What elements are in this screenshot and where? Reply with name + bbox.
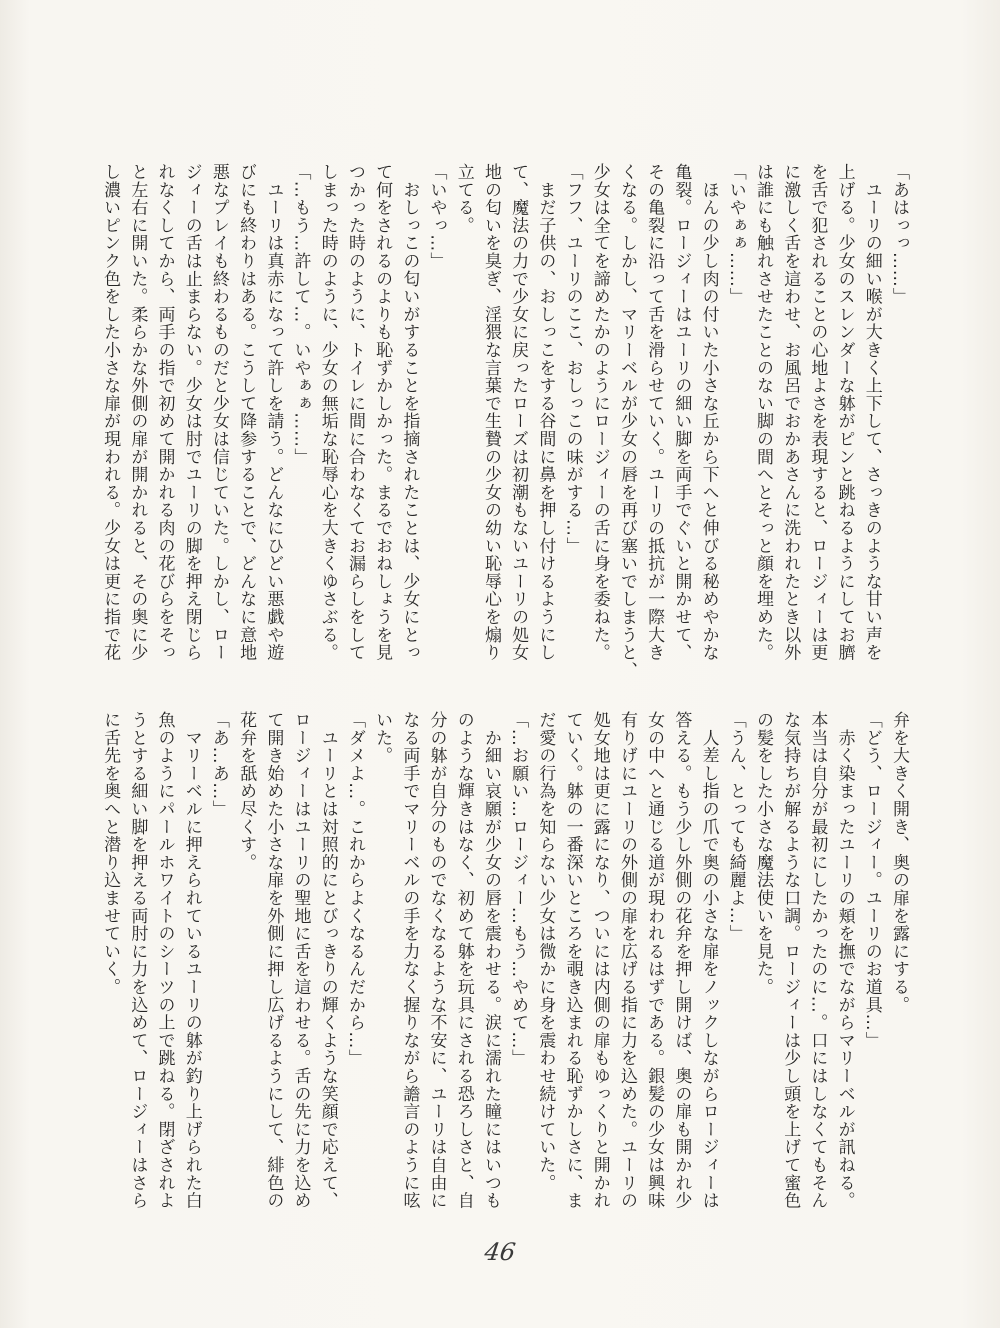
text-line: て、魔法の力で少女に戻ったローズは初潮もないユーリの処女 bbox=[504, 163, 531, 671]
text-line: 分の躰が自分のものでなくなるような不安に、ユーリは自由に bbox=[422, 711, 449, 1219]
text-line: 「ダメよ…。これからよくなるんだから…」 bbox=[341, 711, 368, 1219]
text-line: 処女地は更に露になり、ついには内側の扉もゆっくりと開かれ bbox=[586, 711, 613, 1219]
text-line: 魚のようにパールホワイトのシーツの上で跳ねる。閉ざされよ bbox=[150, 711, 177, 1219]
text-line: 本当は自分が最初にしたかったのに…。口にはしなくてもそん bbox=[803, 711, 830, 1219]
text-line: 赤く染まったユーリの頬を撫でながらマリーベルが訊ねる。 bbox=[830, 711, 857, 1219]
text-line: を舌で犯されることの心地よさを表現すると、ロージィーは更 bbox=[803, 163, 830, 671]
text-line: 人差し指の爪で奥の小さな扉をノックしながらロージィーは bbox=[694, 711, 721, 1219]
text-line: と左右に開いた。柔らかな外側の扉が開かれると、その奥に少 bbox=[123, 163, 150, 671]
text-line: 「…もう…許して…。いやぁぁ……」 bbox=[286, 163, 313, 671]
text-line: 少女は全てを諦めたかのようにロージィーの舌に身を委ねた。 bbox=[586, 163, 613, 671]
text-line: ていく。躰の一番深いところを覗き込まれる恥ずかしさに、ま bbox=[558, 711, 585, 1219]
text-line: に激しく舌を這わせ、お風呂でおかあさんに洗われたとき以外 bbox=[776, 163, 803, 671]
text-line: ユーリは真赤になって許しを請う。どんなにひどい悪戯や遊 bbox=[259, 163, 286, 671]
text-line: ほんの少し肉の付いた小さな丘から下へと伸びる秘めやかな bbox=[694, 163, 721, 671]
text-line: 女の中へと通じる道が現われるはずである。銀髪の少女は興味 bbox=[640, 711, 667, 1219]
text-line: マリーベルに押えられているユーリの躰が釣り上げられた白 bbox=[178, 711, 205, 1219]
text-line: いた。 bbox=[368, 711, 395, 1219]
text-line: 「いやぁぁ……」 bbox=[722, 163, 749, 671]
text-line: 「あ…あ…」 bbox=[205, 711, 232, 1219]
text-line: か細い哀願が少女の唇を震わせる。涙に濡れた瞳にはいつも bbox=[477, 711, 504, 1219]
text-line: れなくしてから、両手の指で初めて開かれる肉の花びらをそっ bbox=[150, 163, 177, 671]
text-line: 花弁を舐め尽くす。 bbox=[232, 711, 259, 1219]
text-line: うとする細い脚を押える両肘に力を込めて、ロージィーはさら bbox=[123, 711, 150, 1219]
text-line: なる両手でマリーベルの手を力なく握りながら譫言のように呟 bbox=[395, 711, 422, 1219]
text-line: その亀裂に沿って舌を滑らせていく。ユーリの抵抗が一際大き bbox=[640, 163, 667, 671]
text-line: し濃いピンク色をした小さな扉が現われる。少女は更に指で花 bbox=[96, 163, 123, 671]
text-line: のような輝きはなく、初めて躰を玩具にされる恐ろしさと、自 bbox=[450, 711, 477, 1219]
text-line: おしっこの匂いがすることを指摘されたことは、少女にとっ bbox=[395, 163, 422, 671]
text-line: 地の匂いを臭ぎ、淫猥な言葉で生贄の少女の幼い恥辱心を煽り bbox=[477, 163, 504, 671]
text-line: 「いやっ…」 bbox=[422, 163, 449, 671]
page-number: 46 bbox=[0, 1238, 1000, 1266]
vertical-text-block-bottom: 弁を大きく開き、奥の扉を露にする。「どう、ロージィー。ユーリのお道具…」 赤く染… bbox=[92, 711, 912, 1219]
text-line: 「…お願い…ロージィー…もう…やめて…」 bbox=[504, 711, 531, 1219]
text-line: しまった時のように、少女の無垢な恥辱心を大きくゆさぶる。 bbox=[314, 163, 341, 671]
text-line: つかった時のように、トイレに間に合わなくてお漏らしをして bbox=[341, 163, 368, 671]
text-line: 有りげにユーリの外側の扉を広げる指に力を込めた。ユーリの bbox=[613, 711, 640, 1219]
text-line: は誰にも触れさせたことのない脚の間へとそっと顔を埋めた。 bbox=[749, 163, 776, 671]
scanned-book-page: 「あはっっ……」 ユーリの細い喉が大きく上下して、さっきのような甘い声を上げる。… bbox=[0, 0, 1000, 1328]
text-line: の髪をした小さな魔法使いを見た。 bbox=[749, 711, 776, 1219]
vertical-text-block-top: 「あはっっ……」 ユーリの細い喉が大きく上下して、さっきのような甘い声を上げる。… bbox=[92, 163, 912, 671]
text-line: に舌先を奥へと潜り込ませていく。 bbox=[96, 711, 123, 1219]
text-line: ユーリとは対照的にとびっきりの輝くような笑顔で応えて、 bbox=[314, 711, 341, 1219]
text-line: 上げる。少女のスレンダーな躰がピンと跳ねるようにしてお臍 bbox=[830, 163, 857, 671]
text-line: て何をされるのよりも恥ずかしかった。まるでおねしょうを見 bbox=[368, 163, 395, 671]
text-line: くなる。しかし、マリーベルが少女の唇を再び塞いでしまうと、 bbox=[613, 163, 640, 671]
text-line: ロージィーはユーリの聖地に舌を這わせる。舌の先に力を込め bbox=[286, 711, 313, 1219]
text-line: ジィーの舌は止まらない。少女は肘でユーリの脚を押え閉じら bbox=[178, 163, 205, 671]
text-line: 亀裂。ロージィーはユーリの細い脚を両手でぐいと開かせて、 bbox=[667, 163, 694, 671]
text-line: 「あはっっ……」 bbox=[885, 163, 912, 671]
text-line: な気持ちが解るような口調。ロージィーは少し頭を上げて蜜色 bbox=[776, 711, 803, 1219]
text-line: 答える。もう少し外側の花弁を押し開けば、奥の扉も開かれ少 bbox=[667, 711, 694, 1219]
text-line: 弁を大きく開き、奥の扉を露にする。 bbox=[885, 711, 912, 1219]
text-line: 立てる。 bbox=[450, 163, 477, 671]
text-line: 「どう、ロージィー。ユーリのお道具…」 bbox=[858, 711, 885, 1219]
text-line: 「うん、とっても綺麗よ…」 bbox=[722, 711, 749, 1219]
text-line: まだ子供の、おしっこをする谷間に鼻を押し付けるようにし bbox=[531, 163, 558, 671]
text-line: 「フフ、ユーリのここ、おしっこの味がする…」 bbox=[558, 163, 585, 671]
text-line: びにも終わりはある。こうして降参することで、どんなに意地 bbox=[232, 163, 259, 671]
text-line: ユーリの細い喉が大きく上下して、さっきのような甘い声を bbox=[858, 163, 885, 671]
text-line: て開き始めた小さな扉を外側に押し広げるようにして、緋色の bbox=[259, 711, 286, 1219]
text-line: だ愛の行為を知らない少女は微かに身を震わせ続けていた。 bbox=[531, 711, 558, 1219]
text-line: 悪なプレイも終わるものだと少女は信じていた。しかし、ロー bbox=[205, 163, 232, 671]
